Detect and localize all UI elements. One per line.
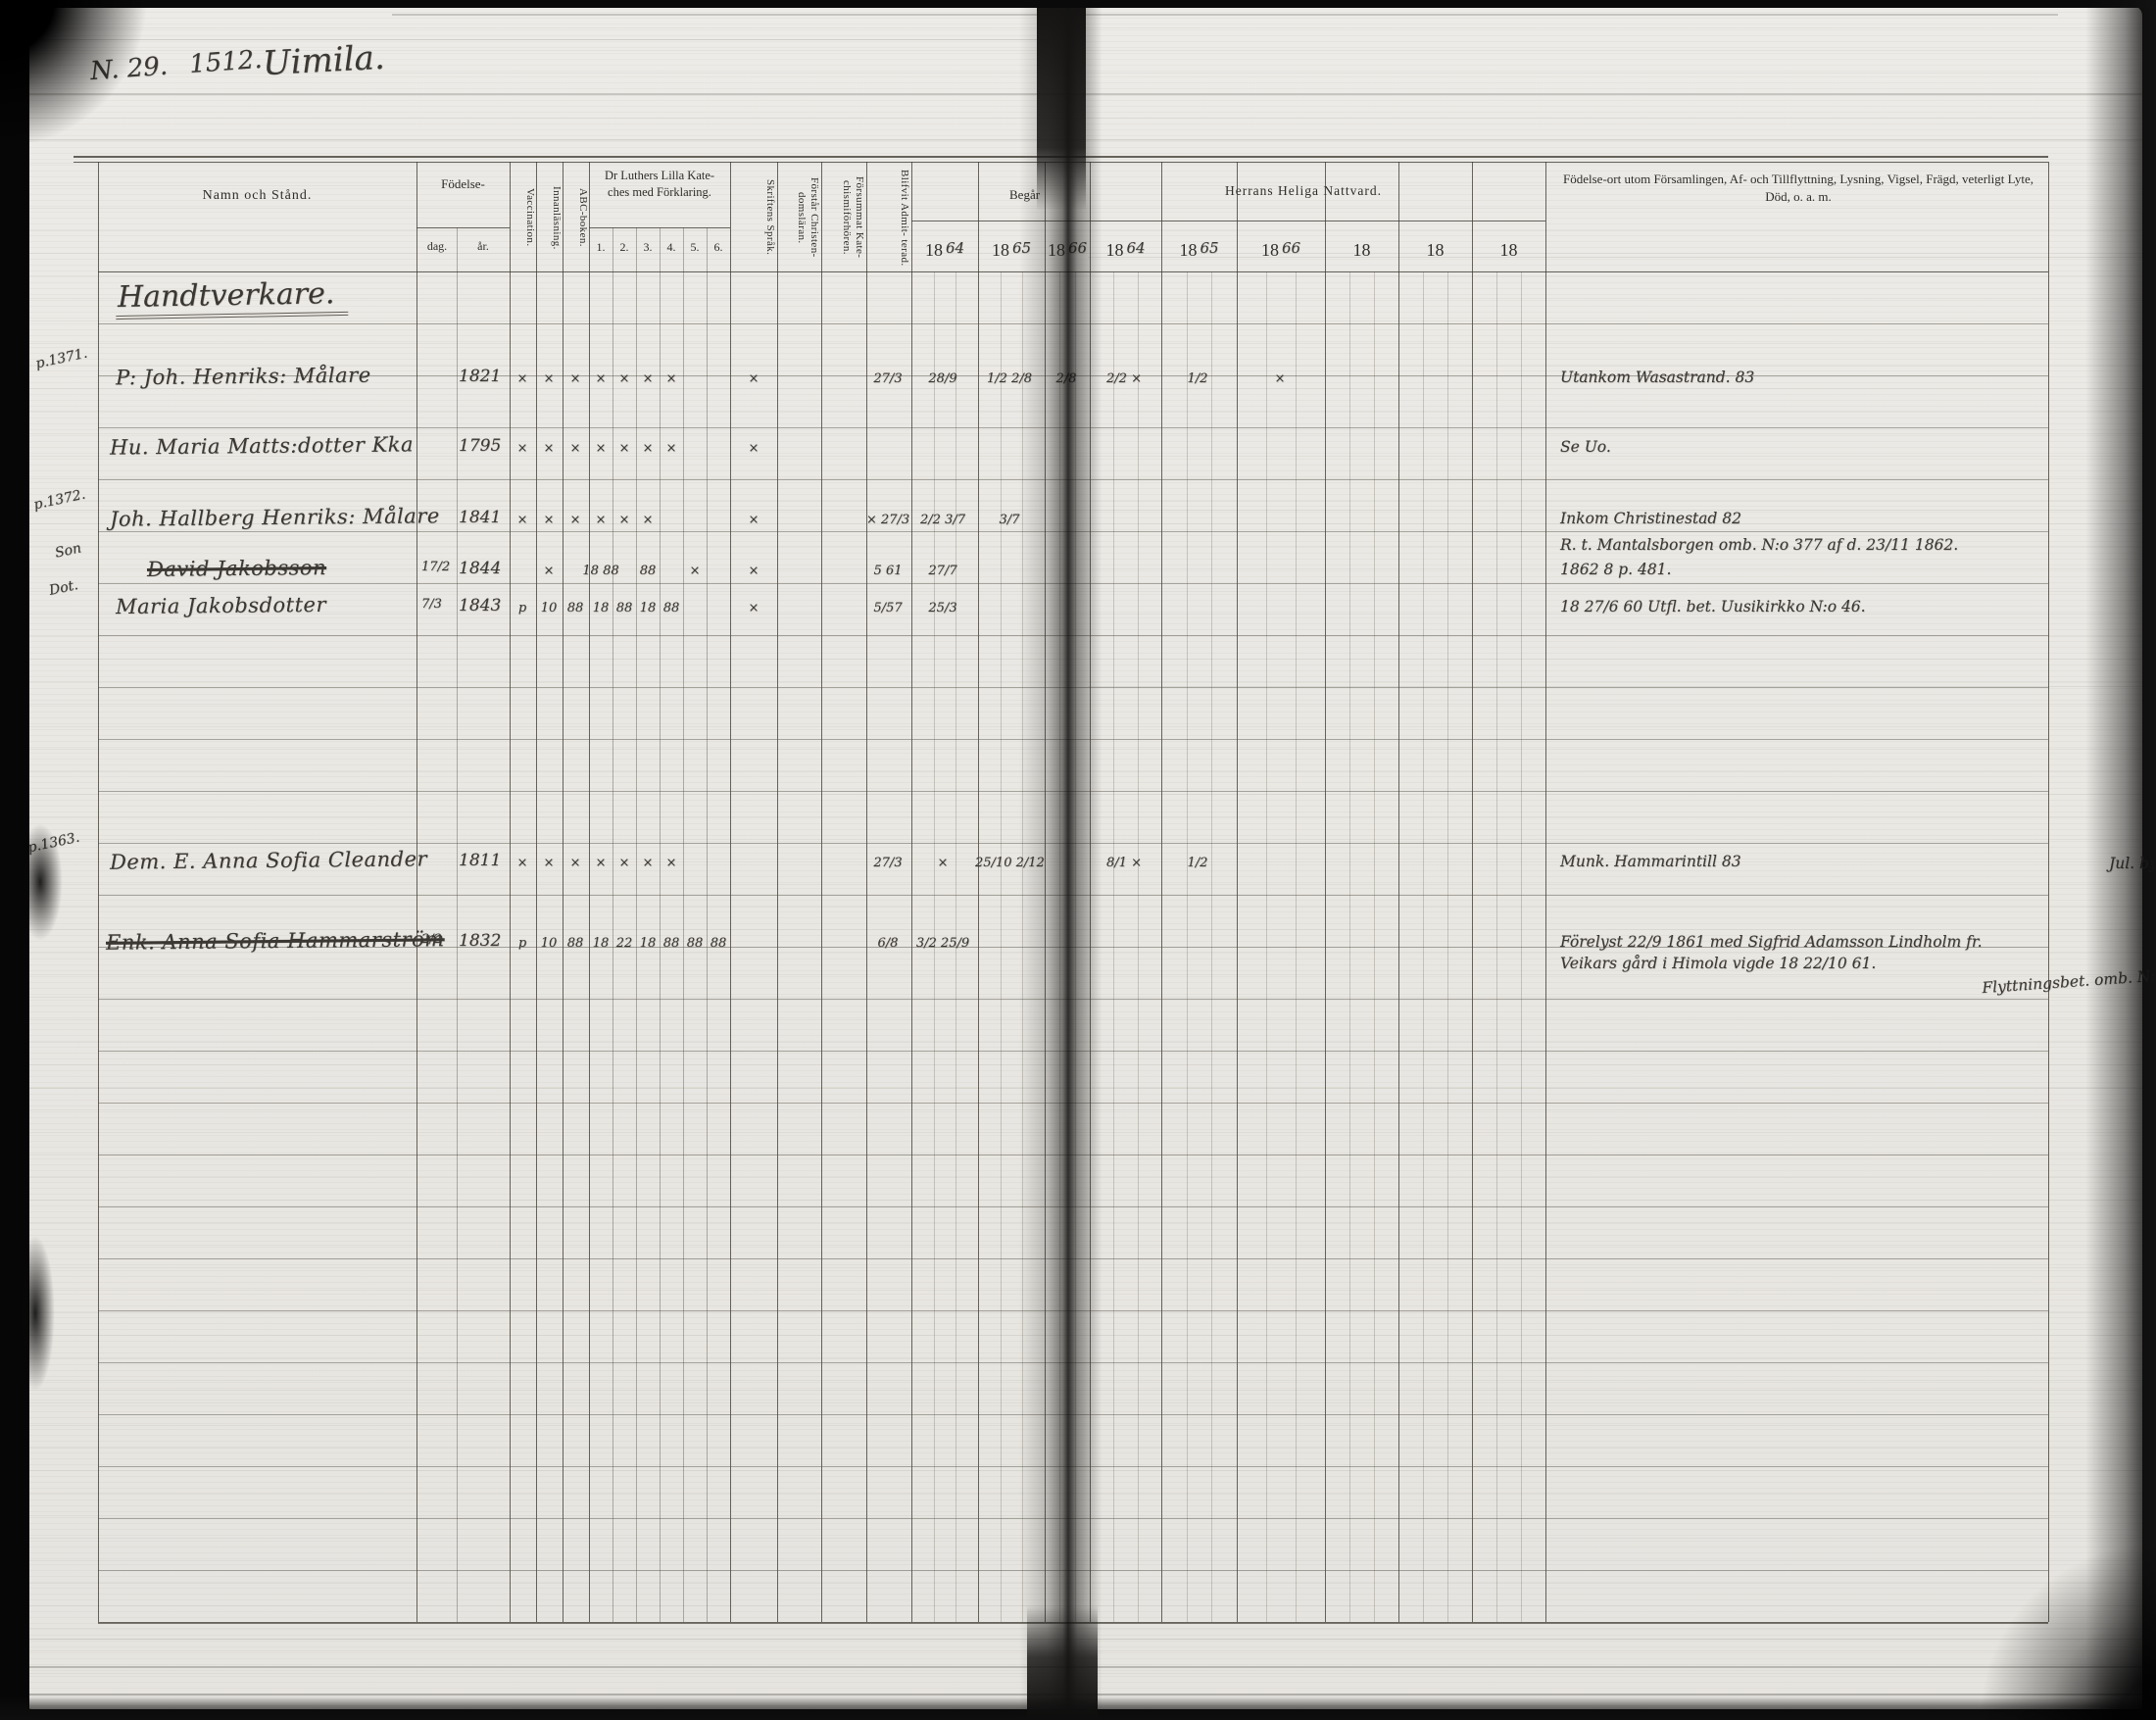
year-header: 1864 xyxy=(911,231,978,269)
year-header: 18 xyxy=(1398,231,1472,269)
entry-birth-year: 1844 xyxy=(459,559,501,578)
book-fold-shadow-top xyxy=(1037,0,1086,211)
entry-name-handwritten: David Jakobsson xyxy=(147,556,326,581)
year-printed: 18 xyxy=(1353,240,1371,261)
entry-page-ref: Son xyxy=(54,540,83,561)
entry-mark: × xyxy=(613,513,682,527)
entry-note: Utankom Wasastrand. 83 xyxy=(1560,369,1754,386)
entry-mark: × xyxy=(719,564,788,578)
section-heading-handwritten: Handtverkare. xyxy=(116,276,349,319)
entry-name-handwritten: Hu. Maria Matts:dotter Kka xyxy=(110,432,414,459)
entry-birth-day: 7/3 xyxy=(421,597,442,612)
entry-note: Veikars gård i Himola vigde 18 22/10 61. xyxy=(1560,955,1876,972)
entry-mark: × xyxy=(637,371,706,386)
entry-birth-day: 17/2 xyxy=(421,560,450,574)
entry-mark: 88 xyxy=(684,936,753,951)
entry-mark: 2/2 3/7 xyxy=(908,513,977,527)
entry-mark: × xyxy=(719,601,788,615)
book-fold-gutter xyxy=(1019,0,1113,1720)
entry-page-ref: Dot. xyxy=(48,577,79,599)
table-rule-vertical xyxy=(1398,162,1399,1622)
entry-note: Se Uo. xyxy=(1560,438,1611,456)
table-rule-vertical xyxy=(660,227,661,1622)
catechism-subcolumn-number: 5. xyxy=(683,240,707,255)
year-handwritten-suffix: 65 xyxy=(1200,239,1218,257)
year-header: 1866 xyxy=(1237,231,1325,269)
entry-mark: 88 xyxy=(637,601,706,615)
year-printed: 18 xyxy=(992,240,1009,261)
table-rule-vertical xyxy=(1472,162,1473,1622)
entry-mark: 1/2 xyxy=(1163,371,1232,386)
year-printed: 18 xyxy=(1427,240,1445,261)
year-printed: 18 xyxy=(1500,240,1518,261)
catechism-subcolumn-number: 6. xyxy=(707,240,730,255)
table-rule-vertical xyxy=(457,227,458,1622)
catechism-subheader-rule xyxy=(589,227,730,228)
table-rule-vertical xyxy=(636,227,637,1622)
catechism-subcolumn-number: 3. xyxy=(636,240,660,255)
table-rule-vertical xyxy=(821,162,822,1622)
scan-edge-top xyxy=(0,0,2156,8)
entry-note: 18 27/6 60 Utfl. bet. Uusikirkko N:o 46. xyxy=(1560,598,1866,615)
year-handwritten-suffix: 64 xyxy=(1126,239,1145,257)
entry-note: Munk. Hammarintill 83 xyxy=(1560,853,1741,870)
entry-page-ref: p.1372. xyxy=(32,487,87,514)
year-header: 18 xyxy=(1325,231,1398,269)
scan-smudge xyxy=(16,1235,55,1392)
catechism-subcolumn-number: 4. xyxy=(660,240,683,255)
table-rule-vertical xyxy=(1237,162,1238,1622)
entry-mark: 28/9 xyxy=(908,371,977,386)
birth-subheader-rule xyxy=(416,227,510,228)
entry-page-ref: p.1371. xyxy=(34,346,89,372)
table-rule-vertical xyxy=(1325,162,1326,1622)
entry-name-handwritten: P: Joh. Henriks: Målare xyxy=(116,364,371,390)
entry-mark: × xyxy=(637,856,706,870)
scan-edge-right xyxy=(2085,0,2156,1720)
entry-note: 1862 8 p. 481. xyxy=(1560,561,1671,578)
entry-name-handwritten: Dem. E. Anna Sofia Cleander xyxy=(110,847,427,873)
entry-note: R. t. Mantalsborgen omb. N:o 377 af d. 2… xyxy=(1560,536,1958,554)
scan-corner-shadow xyxy=(0,0,216,216)
entry-mark: 25/3 xyxy=(908,601,977,615)
year-printed: 18 xyxy=(925,240,943,261)
table-rule-vertical xyxy=(98,162,99,1622)
entry-name-handwritten: Enk. Anna Sofia Hammarström xyxy=(106,927,445,955)
entry-mark: 1/2 xyxy=(1163,856,1232,870)
year-handwritten-suffix: 64 xyxy=(946,239,964,257)
entry-mark: × xyxy=(1246,371,1314,386)
scan-edge-bottom xyxy=(0,1696,2156,1720)
scanned-ledger-spread: N. 29. 1512. Uimila. Namn och Stånd. Föd… xyxy=(0,0,2156,1720)
entry-birth-day: 2/2 xyxy=(421,932,442,947)
entry-mark: 3/2 25/9 xyxy=(908,936,977,951)
entry-note: Förelyst 22/9 1861 med Sigfrid Adamsson … xyxy=(1560,933,1983,951)
table-rule-vertical xyxy=(683,227,684,1622)
year-handwritten-suffix: 66 xyxy=(1282,239,1300,257)
entry-mark: × xyxy=(719,371,788,386)
entry-mark: × xyxy=(719,441,788,456)
table-rule-vertical xyxy=(1161,162,1162,1622)
entry-name-handwritten: Joh. Hallberg Henriks: Målare xyxy=(110,504,440,531)
entry-mark: × xyxy=(908,856,977,870)
year-header-rule xyxy=(911,221,1545,221)
year-printed: 18 xyxy=(1179,240,1197,261)
year-header: 1865 xyxy=(1161,231,1237,269)
table-rule-vertical xyxy=(416,162,417,1622)
entry-mark: 27/7 xyxy=(908,564,977,578)
scan-corner-shadow xyxy=(1901,1524,2156,1720)
entry-mark: × xyxy=(637,441,706,456)
scan-smudge xyxy=(18,823,63,941)
table-rule-vertical xyxy=(707,227,708,1622)
entry-name-handwritten: Maria Jakobsdotter xyxy=(116,593,326,618)
catechism-subcolumn-number: 1. xyxy=(589,240,612,255)
catechism-subcolumn-number: 2. xyxy=(612,240,636,255)
table-rule-vertical xyxy=(1545,162,1546,1622)
year-header: 18 xyxy=(1472,231,1545,269)
entry-mark: × xyxy=(719,513,788,527)
year-printed: 18 xyxy=(1261,240,1279,261)
table-rule-vertical xyxy=(612,227,613,1622)
entry-note: Inkom Christinestad 82 xyxy=(1560,510,1741,527)
table-rule-vertical xyxy=(2048,162,2049,1622)
